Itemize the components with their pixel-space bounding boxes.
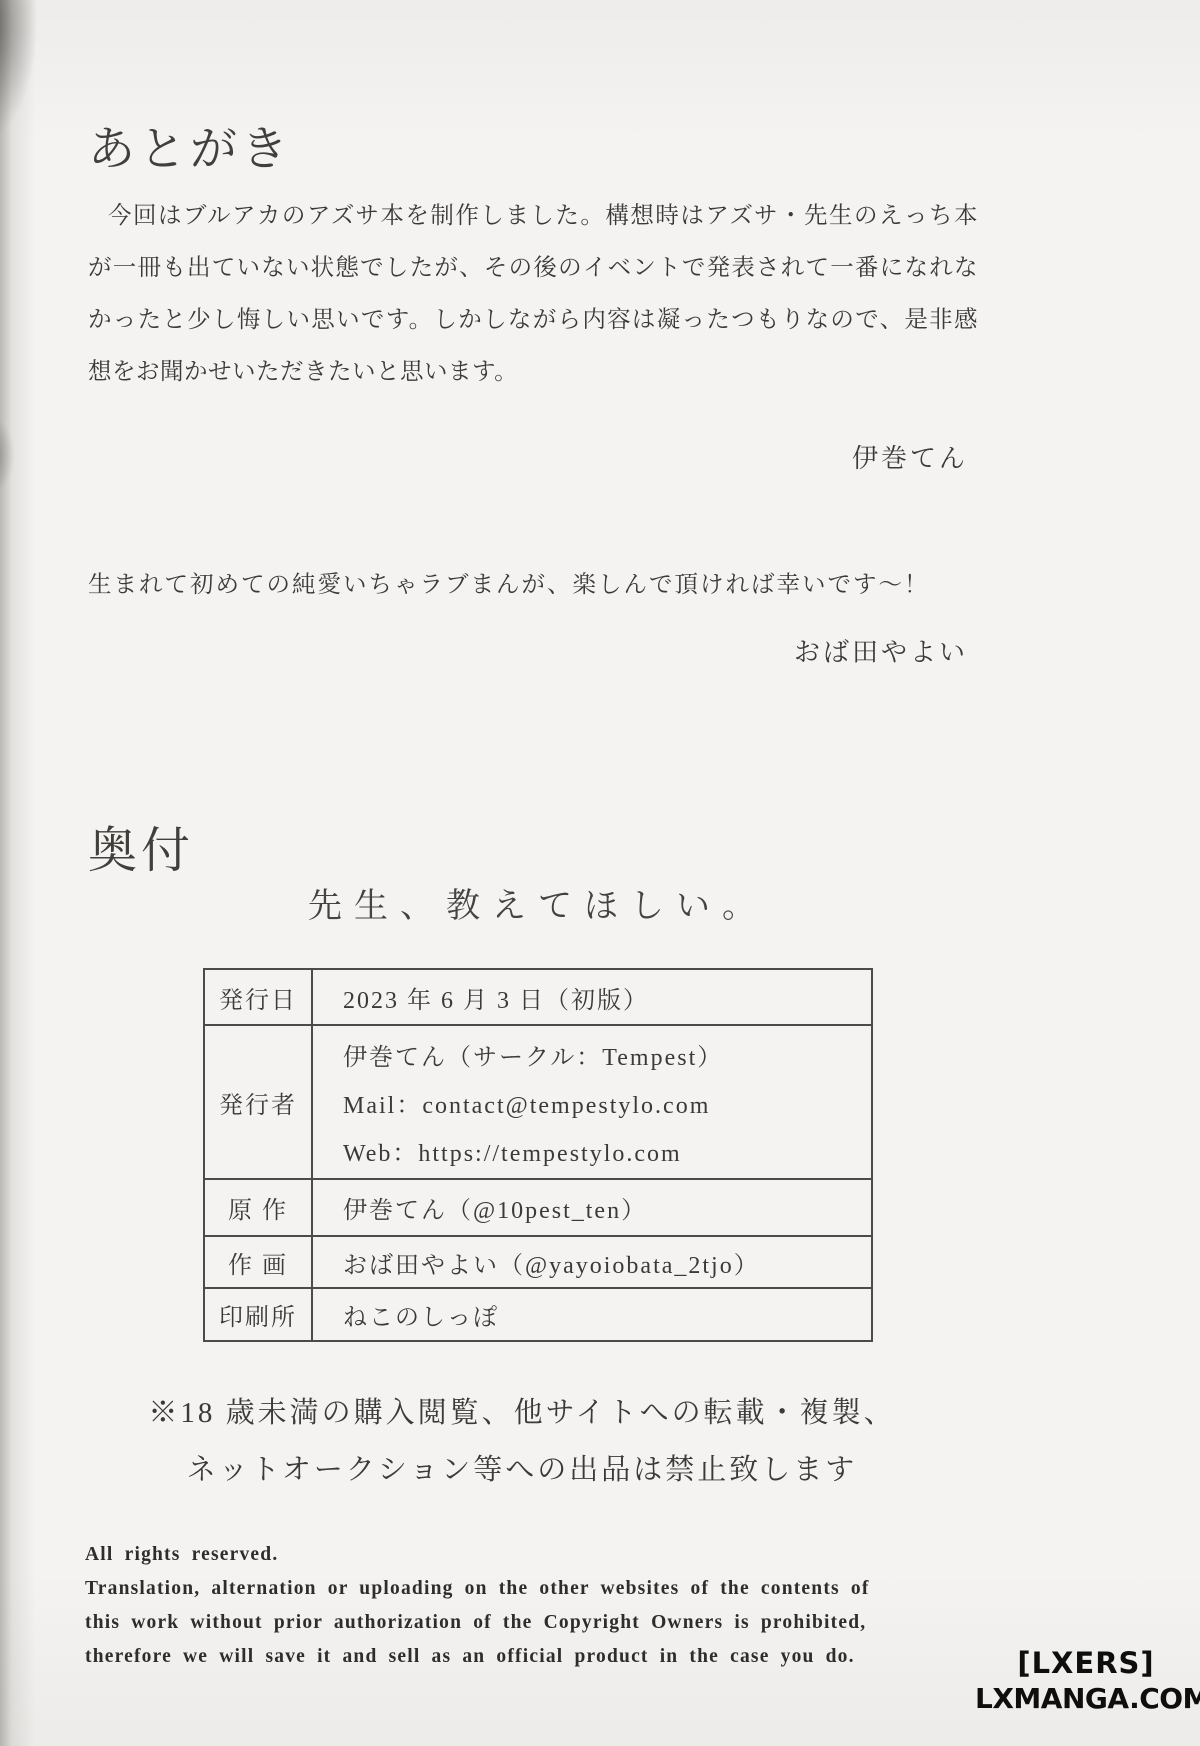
table-row-illustration: 作 画 おば田やよい（@yayoiobata_2tjo） <box>205 1235 871 1287</box>
scan-corner-shadow <box>0 0 38 136</box>
row-label: 作 画 <box>205 1237 313 1287</box>
row-label: 発行日 <box>205 970 313 1024</box>
scanned-page: あとがき 今回はブルアカのアズサ本を制作しました。構想時はアズサ・先生のえっち本… <box>0 0 1200 1746</box>
row-value: ねこのしっぽ <box>313 1289 871 1340</box>
row-label: 発行者 <box>205 1026 313 1178</box>
row-value: おば田やよい（@yayoiobata_2tjo） <box>313 1237 871 1287</box>
row-label: 印刷所 <box>205 1289 313 1340</box>
age-restriction-notice-line: ※18 歳未満の購入閲覧、他サイトへの転載・複製、 <box>0 1390 1044 1431</box>
row-value: 伊巻てん（サークル：Tempest） Mail：contact@tempesty… <box>313 1026 871 1178</box>
afterword-paragraph-line: 想をお聞かせいただきたいと思います。 <box>88 352 978 386</box>
row-label: 原 作 <box>205 1180 313 1235</box>
rights-line: this work without prior authorization of… <box>85 1606 1085 1640</box>
author-signature: 伊巻てん <box>88 438 968 475</box>
watermark-group-name: [LXERS] <box>975 1646 1197 1681</box>
afterword-paragraph-line: 今回はブルアカのアズサ本を制作しました。構想時はアズサ・先生のえっち本 <box>88 196 978 230</box>
book-title: 先生、教えてほしい。 <box>203 878 873 927</box>
watermark: [LXERS] LXMANGA.COM <box>975 1646 1197 1716</box>
table-row-original-work: 原 作 伊巻てん（@10pest_ten） <box>205 1178 871 1235</box>
row-value: 2023 年 6 月 3 日（初版） <box>313 970 871 1024</box>
colophon-table: 発行日 2023 年 6 月 3 日（初版） 発行者 伊巻てん（サークル：Tem… <box>203 968 873 1342</box>
artist-comment-line: 生まれて初めての純愛いちゃラブまんが、楽しんで頂ければ幸いです～！ <box>88 565 978 599</box>
row-value: 伊巻てん（@10pest_ten） <box>313 1180 871 1235</box>
afterword-paragraph-line: かったと少し悔しい思いです。しかしながら内容は凝ったつもりなので、是非感 <box>88 300 978 334</box>
table-row-publisher: 発行者 伊巻てん（サークル：Tempest） Mail：contact@temp… <box>205 1024 871 1178</box>
rights-statement: All rights reserved. Translation, altern… <box>85 1538 1085 1674</box>
rights-line: Translation, alternation or uploading on… <box>85 1572 1085 1606</box>
table-row-publish-date: 発行日 2023 年 6 月 3 日（初版） <box>205 970 871 1024</box>
rights-line: All rights reserved. <box>85 1538 1085 1572</box>
afterword-paragraph-line: が一冊も出ていない状態でしたが、その後のイベントで発表されて一番になれな <box>88 248 978 282</box>
scan-edge-mark <box>0 420 14 490</box>
rights-line: therefore we will save it and sell as an… <box>85 1640 1085 1674</box>
age-restriction-notice-line: ネットオークション等への出品は禁止致します <box>0 1447 1044 1488</box>
afterword-heading: あとがき <box>88 112 292 179</box>
colophon-heading: 奥付 <box>88 812 194 882</box>
watermark-site-name: LXMANGA.COM <box>975 1681 1197 1716</box>
artist-signature: おば田やよい <box>88 632 968 669</box>
table-row-printer: 印刷所 ねこのしっぽ <box>205 1287 871 1340</box>
